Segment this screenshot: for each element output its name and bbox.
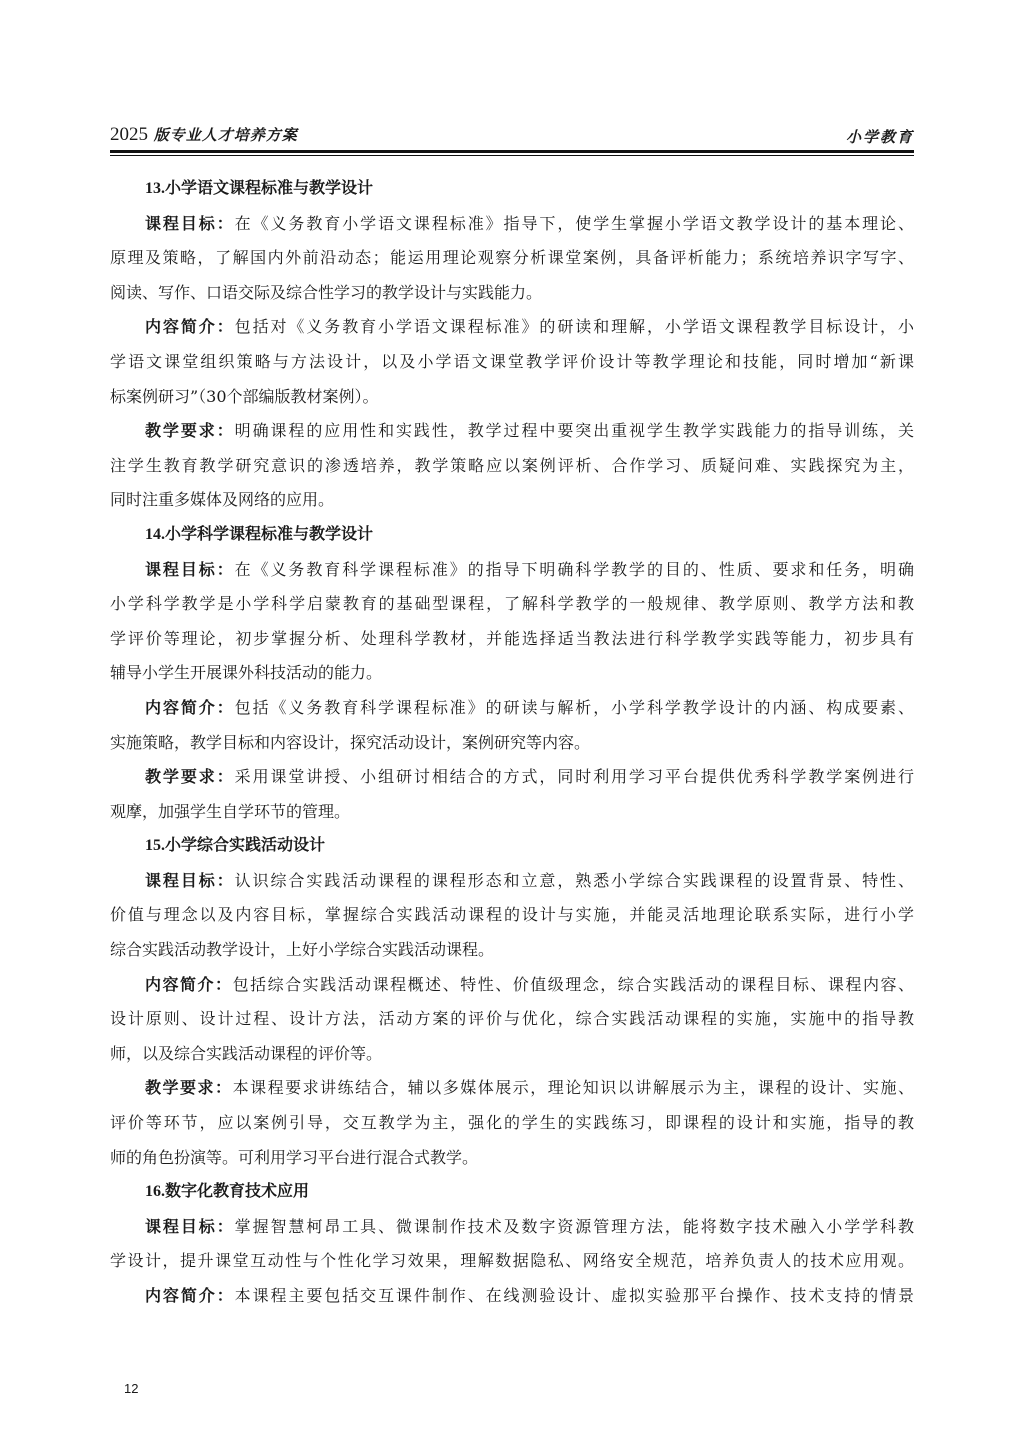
- header-rule-thin: [110, 155, 914, 156]
- paragraph-first-line: 内容简介：包括《义务教育科学课程标准》的研读与解析，小学科学教学设计的内涵、构成…: [110, 691, 914, 726]
- paragraph-text: 认识综合实践活动课程的课程形态和立意，熟悉小学综合实践课程的设置背景、特性、: [235, 871, 914, 890]
- paragraph-first-line: 内容简介：包括对《义务教育小学语文课程标准》的研读和理解，小学语文课程教学目标设…: [110, 310, 914, 345]
- paragraph-line: 阅读、写作、口语交际及综合性学习的教学设计与实践能力。: [110, 276, 914, 311]
- paragraph-label: 教学要求：: [145, 421, 235, 440]
- paragraph-text: 本课程主要包括交互课件制作、在线测验设计、虚拟实验那平台操作、技术支持的情景: [235, 1286, 914, 1305]
- paragraph-line: 标案例研习”（30个部编版教材案例）。: [110, 380, 914, 415]
- header-title-text: 版专业人才培养方案: [154, 126, 298, 144]
- page-body: 13.小学语文课程标准与教学设计 课程目标：在《义务教育小学语文课程标准》指导下…: [110, 172, 914, 1314]
- paragraph-label: 内容简介：: [145, 698, 235, 717]
- paragraph-text: 采用课堂讲授、小组研讨相结合的方式，同时利用学习平台提供优秀科学教学案例进行: [235, 767, 914, 786]
- paragraph-line: 价值与理念以及内容目标，掌握综合实践活动课程的设计与实施，并能灵活地理论联系实际…: [110, 898, 914, 933]
- paragraph-line: 学设计，提升课堂互动性与个性化学习效果，理解数据隐私、网络安全规范，培养负责人的…: [110, 1244, 914, 1279]
- paragraph-first-line: 教学要求：采用课堂讲授、小组研讨相结合的方式，同时利用学习平台提供优秀科学教学案…: [110, 760, 914, 795]
- page-number: 12: [124, 1381, 138, 1396]
- paragraph-label: 内容简介：: [145, 1286, 235, 1305]
- paragraph-first-line: 课程目标：掌握智慧柯昂工具、微课制作技术及数字资源管理方法，能将数字技术融入小学…: [110, 1210, 914, 1245]
- paragraph-label: 教学要求：: [145, 1078, 233, 1097]
- paragraph-line: 观摩，加强学生自学环节的管理。: [110, 795, 914, 830]
- paragraph-first-line: 课程目标：在《义务教育小学语文课程标准》指导下，使学生掌握小学语文教学设计的基本…: [110, 207, 914, 242]
- paragraph-line: 师的角色扮演等。可利用学习平台进行混合式教学。: [110, 1141, 914, 1176]
- paragraph-first-line: 课程目标：认识综合实践活动课程的课程形态和立意，熟悉小学综合实践课程的设置背景、…: [110, 864, 914, 899]
- paragraph-line: 实施策略，教学目标和内容设计，探究活动设计，案例研究等内容。: [110, 726, 914, 761]
- paragraph-first-line: 内容简介：包括综合实践活动课程概述、特性、价值级理念，综合实践活动的课程目标、课…: [110, 968, 914, 1003]
- header-rule-thick: [110, 150, 914, 153]
- section-title: 14.小学科学课程标准与教学设计: [110, 518, 914, 553]
- header-document-title: 2025 版专业人才培养方案: [110, 124, 298, 146]
- paragraph-label: 内容简介：: [145, 975, 233, 994]
- section-title: 15.小学综合实践活动设计: [110, 829, 914, 864]
- paragraph-text: 明确课程的应用性和实践性，教学过程中要突出重视学生教学实践能力的指导训练，关: [235, 421, 914, 440]
- paragraph-label: 内容简介：: [145, 317, 235, 336]
- paragraph-text: 包括《义务教育科学课程标准》的研读与解析，小学科学教学设计的内涵、构成要素、: [235, 698, 914, 717]
- section-title: 16.数字化教育技术应用: [110, 1175, 914, 1210]
- paragraph-text: 在《义务教育小学语文课程标准》指导下，使学生掌握小学语文教学设计的基本理论、: [235, 214, 914, 233]
- paragraph-line: 学评价等理论，初步掌握分析、处理科学教材，并能选择适当教法进行科学教学实践等能力…: [110, 622, 914, 657]
- paragraph-text: 掌握智慧柯昂工具、微课制作技术及数字资源管理方法，能将数字技术融入小学学科教: [235, 1217, 914, 1236]
- paragraph-line: 师，以及综合实践活动课程的评价等。: [110, 1037, 914, 1072]
- paragraph-text: 在《义务教育科学课程标准》的指导下明确科学教学的目的、性质、要求和任务，明确: [235, 560, 914, 579]
- paragraph-label: 教学要求：: [145, 767, 235, 786]
- paragraph-line: 学语文课堂组织策略与方法设计，以及小学语文课堂教学评价设计等教学理论和技能，同时…: [110, 345, 914, 380]
- paragraph-label: 课程目标：: [145, 871, 235, 890]
- paragraph-first-line: 教学要求：本课程要求讲练结合，辅以多媒体展示，理论知识以讲解展示为主，课程的设计…: [110, 1071, 914, 1106]
- paragraph-line: 原理及策略，了解国内外前沿动态；能运用理论观察分析课堂案例，具备评析能力；系统培…: [110, 241, 914, 276]
- paragraph-line: 小学科学教学是小学科学启蒙教育的基础型课程，了解科学教学的一般规律、教学原则、教…: [110, 587, 914, 622]
- paragraph-text: 包括对《义务教育小学语文课程标准》的研读和理解，小学语文课程教学目标设计，小: [235, 317, 914, 336]
- page-header: 2025 版专业人才培养方案 小学教育: [110, 122, 914, 150]
- paragraph-label: 课程目标：: [145, 214, 235, 233]
- header-year: 2025: [110, 124, 148, 145]
- paragraph-line: 评价等环节，应以案例引导，交互教学为主，强化的学生的实践练习，即课程的设计和实施…: [110, 1106, 914, 1141]
- paragraph-line: 辅导小学生开展课外科技活动的能力。: [110, 656, 914, 691]
- paragraph-text: 本课程要求讲练结合，辅以多媒体展示，理论知识以讲解展示为主，课程的设计、实施、: [233, 1078, 914, 1097]
- section-title: 13.小学语文课程标准与教学设计: [110, 172, 914, 207]
- paragraph-text: 包括综合实践活动课程概述、特性、价值级理念，综合实践活动的课程目标、课程内容、: [233, 975, 914, 994]
- header-program-name: 小学教育: [846, 126, 914, 147]
- paragraph-label: 课程目标：: [145, 1217, 235, 1236]
- paragraph-line: 设计原则、设计过程、设计方法，活动方案的评价与优化，综合实践活动课程的实施，实施…: [110, 1002, 914, 1037]
- paragraph-line: 注学生教育教学研究意识的渗透培养，教学策略应以案例评析、合作学习、质疑问难、实践…: [110, 449, 914, 484]
- paragraph-line: 综合实践活动教学设计，上好小学综合实践活动课程。: [110, 933, 914, 968]
- paragraph-label: 课程目标：: [145, 560, 235, 579]
- paragraph-first-line: 内容简介：本课程主要包括交互课件制作、在线测验设计、虚拟实验那平台操作、技术支持…: [110, 1279, 914, 1314]
- paragraph-line: 同时注重多媒体及网络的应用。: [110, 483, 914, 518]
- paragraph-first-line: 教学要求：明确课程的应用性和实践性，教学过程中要突出重视学生教学实践能力的指导训…: [110, 414, 914, 449]
- paragraph-first-line: 课程目标：在《义务教育科学课程标准》的指导下明确科学教学的目的、性质、要求和任务…: [110, 553, 914, 588]
